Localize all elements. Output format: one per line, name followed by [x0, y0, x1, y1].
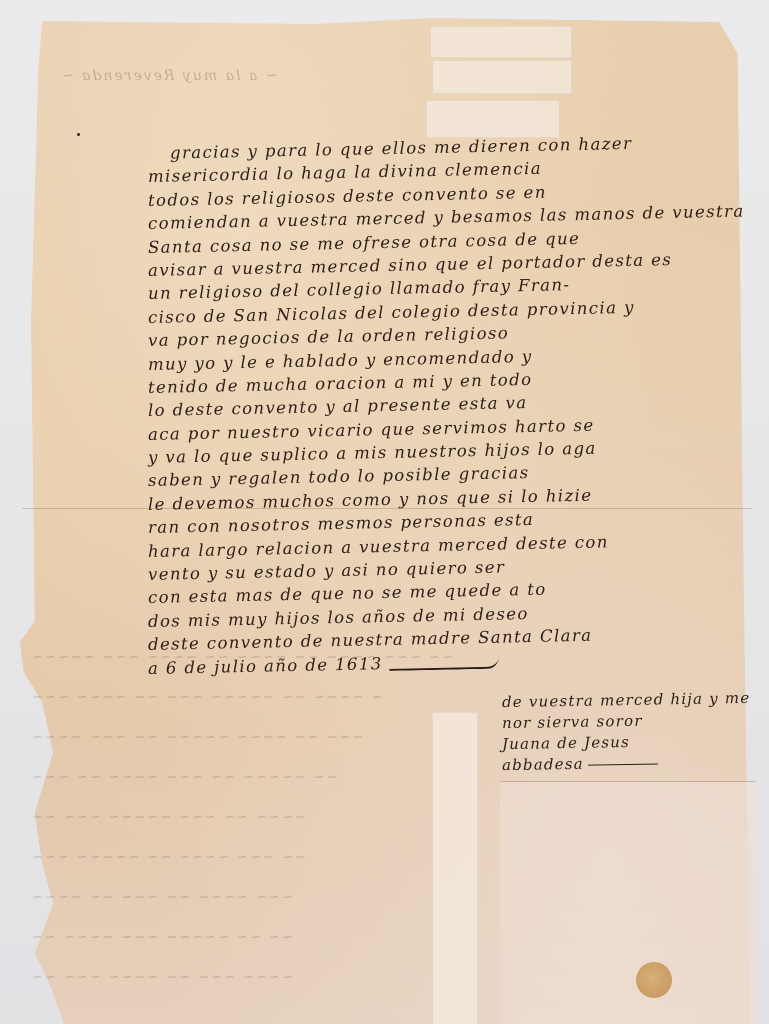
signature-block: de vuestra merced hija y me nor sierva s… — [502, 690, 752, 774]
bleed-through-text: ~~~~ ~~~ ~~ ~~~~ ~~~ ~~ — [30, 970, 293, 985]
tape-strip-top-3 — [426, 100, 560, 138]
bleed-through-address: ~ a la muy Reverenda ~ — [60, 68, 277, 84]
bleed-through-text: ~~~ ~~~~ ~~ ~~~ ~~ ~~~~ — [30, 890, 293, 905]
ink-dot — [77, 133, 80, 136]
wax-stain — [636, 962, 672, 998]
bleed-through-text: ~~ ~~~~~ ~~ ~~~ ~~~~ ~~ ~~~ — [30, 770, 338, 785]
tape-strip-top-2 — [432, 60, 572, 94]
faded-paper-region — [500, 782, 756, 1024]
bleed-through-text: ~~ ~~ ~~~~~ ~~~ ~~~~ ~~ — [30, 930, 293, 945]
bleed-through-text: ~~ ~~~ ~~~~ ~~ ~~~~~ ~~~ — [30, 850, 306, 865]
letter-body: gracias y para lo que ellos me dieren co… — [148, 142, 748, 680]
tape-strip-top-1 — [430, 26, 572, 58]
signature-rubric — [588, 763, 658, 765]
bleed-through-text: ~ ~~~~ ~~ ~~~~~ ~~~ ~~ ~~~~ ~~~ — [30, 690, 382, 705]
bleed-through-text: ~~~ ~~ ~~~~ ~~~~~ ~~ ~~~ ~~~~ — [30, 730, 363, 745]
lower-fold-line — [500, 781, 756, 782]
bleed-through-text: ~~~~ ~~ ~~~ ~~~~~ ~~~ ~~ — [30, 810, 306, 825]
signature-title-line: abbadesa — [502, 751, 752, 776]
signature-title: abbadesa — [502, 755, 584, 774]
letter-date: a 6 de julio año de 1613 — [148, 654, 383, 678]
tape-strip-vertical — [432, 712, 478, 1024]
flourish-mark — [389, 656, 499, 670]
